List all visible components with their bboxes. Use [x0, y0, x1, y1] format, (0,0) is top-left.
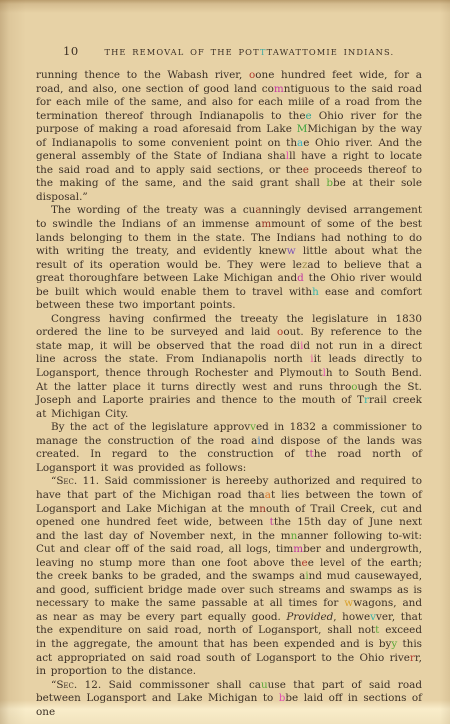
colored-letter-artifact: m: [261, 218, 271, 230]
text-segment: By the act of the legislature approv: [51, 421, 250, 433]
colored-letter-artifact: M: [297, 123, 308, 135]
text-segment: Provided: [286, 611, 333, 623]
book-page: 10 THE REMOVAL OF THE POTTTAWATTOMIE IND…: [0, 0, 450, 724]
text-segment: running thence to the Wabash river,: [36, 69, 249, 81]
colored-letter-artifact: n: [259, 503, 266, 515]
paragraph: By the act of the legislature approvved …: [36, 421, 422, 475]
page-number: 10: [63, 44, 79, 58]
paragraph: “Sec. 12. Said commissoner shall cauuse …: [36, 679, 422, 720]
text-segment: TAWATTOMIE INDIANS.: [267, 47, 395, 57]
colored-letter-artifact: d: [297, 272, 304, 284]
colored-letter-artifact: u: [261, 679, 268, 691]
paragraph: running thence to the Wabash river, oone…: [36, 69, 422, 204]
running-title: THE REMOVAL OF THE POTTTAWATTOMIE INDIAN…: [79, 47, 420, 57]
paragraph: “Sec. 11. Said commissioner is hereeby a…: [36, 475, 422, 678]
text-segment: Sec.: [56, 679, 77, 691]
colored-letter-artifact: T: [260, 47, 267, 57]
text-segment: THE REMOVAL OF THE POT: [104, 47, 259, 57]
colored-letter-artifact: w: [344, 597, 353, 609]
text-segment: 12. Said commissoner shall ca: [77, 679, 261, 691]
text-segment: Sec.: [56, 475, 77, 487]
paragraph: Congress having confirmed the treeaty th…: [36, 313, 422, 421]
text-segment: , howe: [333, 611, 370, 623]
page-body: running thence to the Wabash river, oone…: [36, 69, 422, 719]
colored-letter-artifact: m: [274, 83, 284, 95]
text-segment: The wording of the treaty was a cu: [51, 204, 255, 216]
colored-letter-artifact: h: [312, 286, 319, 298]
colored-letter-artifact: w: [287, 245, 296, 257]
page-header: 10 THE REMOVAL OF THE POTTTAWATTOMIE IND…: [36, 44, 420, 58]
colored-letter-artifact: m: [293, 543, 303, 555]
paragraph: The wording of the treaty was a cuanning…: [36, 204, 422, 312]
